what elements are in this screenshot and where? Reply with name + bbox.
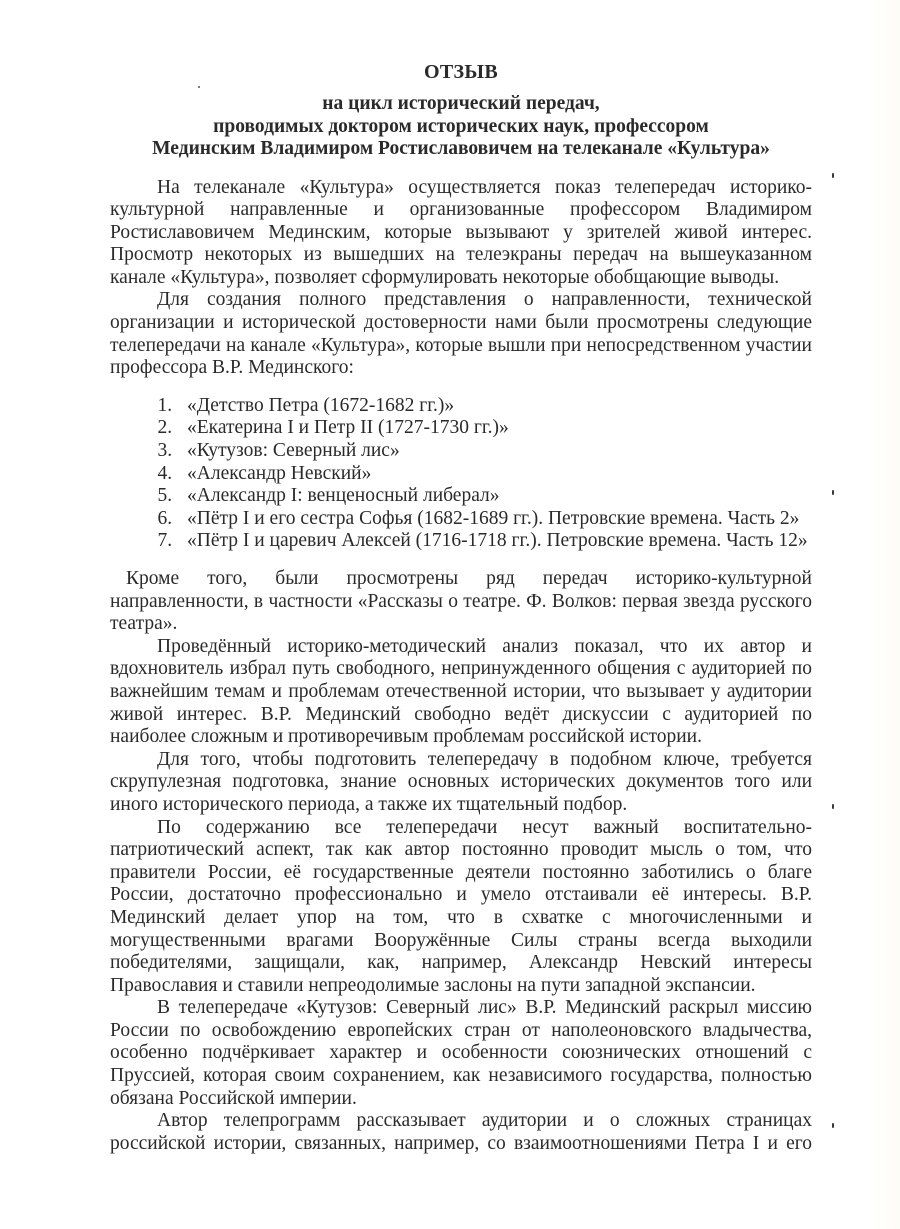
paragraph-analysis: Проведённый историко-методический анализ… [110,636,812,749]
document-page: ОТЗЫВ на цикл исторический передач, пров… [110,60,812,1155]
list-item: «Екатерина I и Петр II (1727-1730 гг.)» [177,417,812,440]
paragraph-complex-pages: Автор телепрограмм рассказывает аудитори… [110,1110,812,1155]
paragraph-additional-programs: Кроме того, были просмотрены ряд передач… [110,568,812,636]
programs-list: «Детство Петра (1672-1682 гг.)» «Екатери… [110,395,812,553]
document-subtitle: на цикл исторический передач, проводимых… [110,93,812,161]
margin-mark [832,804,834,809]
subtitle-line: проводимых доктором исторических наук, п… [110,116,812,139]
document-title: ОТЗЫВ [110,60,812,84]
margin-mark [832,173,834,178]
list-item: «Александр I: венценосный либерал» [177,485,812,508]
paragraph-reviewed-programs: Для создания полного представления о нап… [110,289,812,379]
paragraph-kutuzov: В телепередаче «Кутузов: Северный лис» В… [110,997,812,1110]
margin-mark [832,490,834,495]
list-item: «Детство Петра (1672-1682 гг.)» [177,395,812,418]
paragraph-patriotic-aspect: По содержанию все телепередачи несут важ… [110,817,812,998]
paragraph-preparation: Для того, чтобы подготовить телепередачу… [110,749,812,817]
list-item: «Александр Невский» [177,463,812,486]
margin-mark [832,1123,834,1128]
list-item: «Кутузов: Северный лис» [177,440,812,463]
subtitle-line: Мединским Владимиром Ростиславовичем на … [110,138,812,161]
subtitle-line: на цикл исторический передач, [110,93,812,116]
paper-edge-tint [870,0,900,1229]
paragraph-intro: На телеканале «Культура» осуществляется … [110,177,812,290]
list-item: «Пётр I и его сестра Софья (1682-1689 гг… [177,508,812,531]
list-item: «Пётр I и царевич Алексей (1716-1718 гг.… [177,530,812,553]
